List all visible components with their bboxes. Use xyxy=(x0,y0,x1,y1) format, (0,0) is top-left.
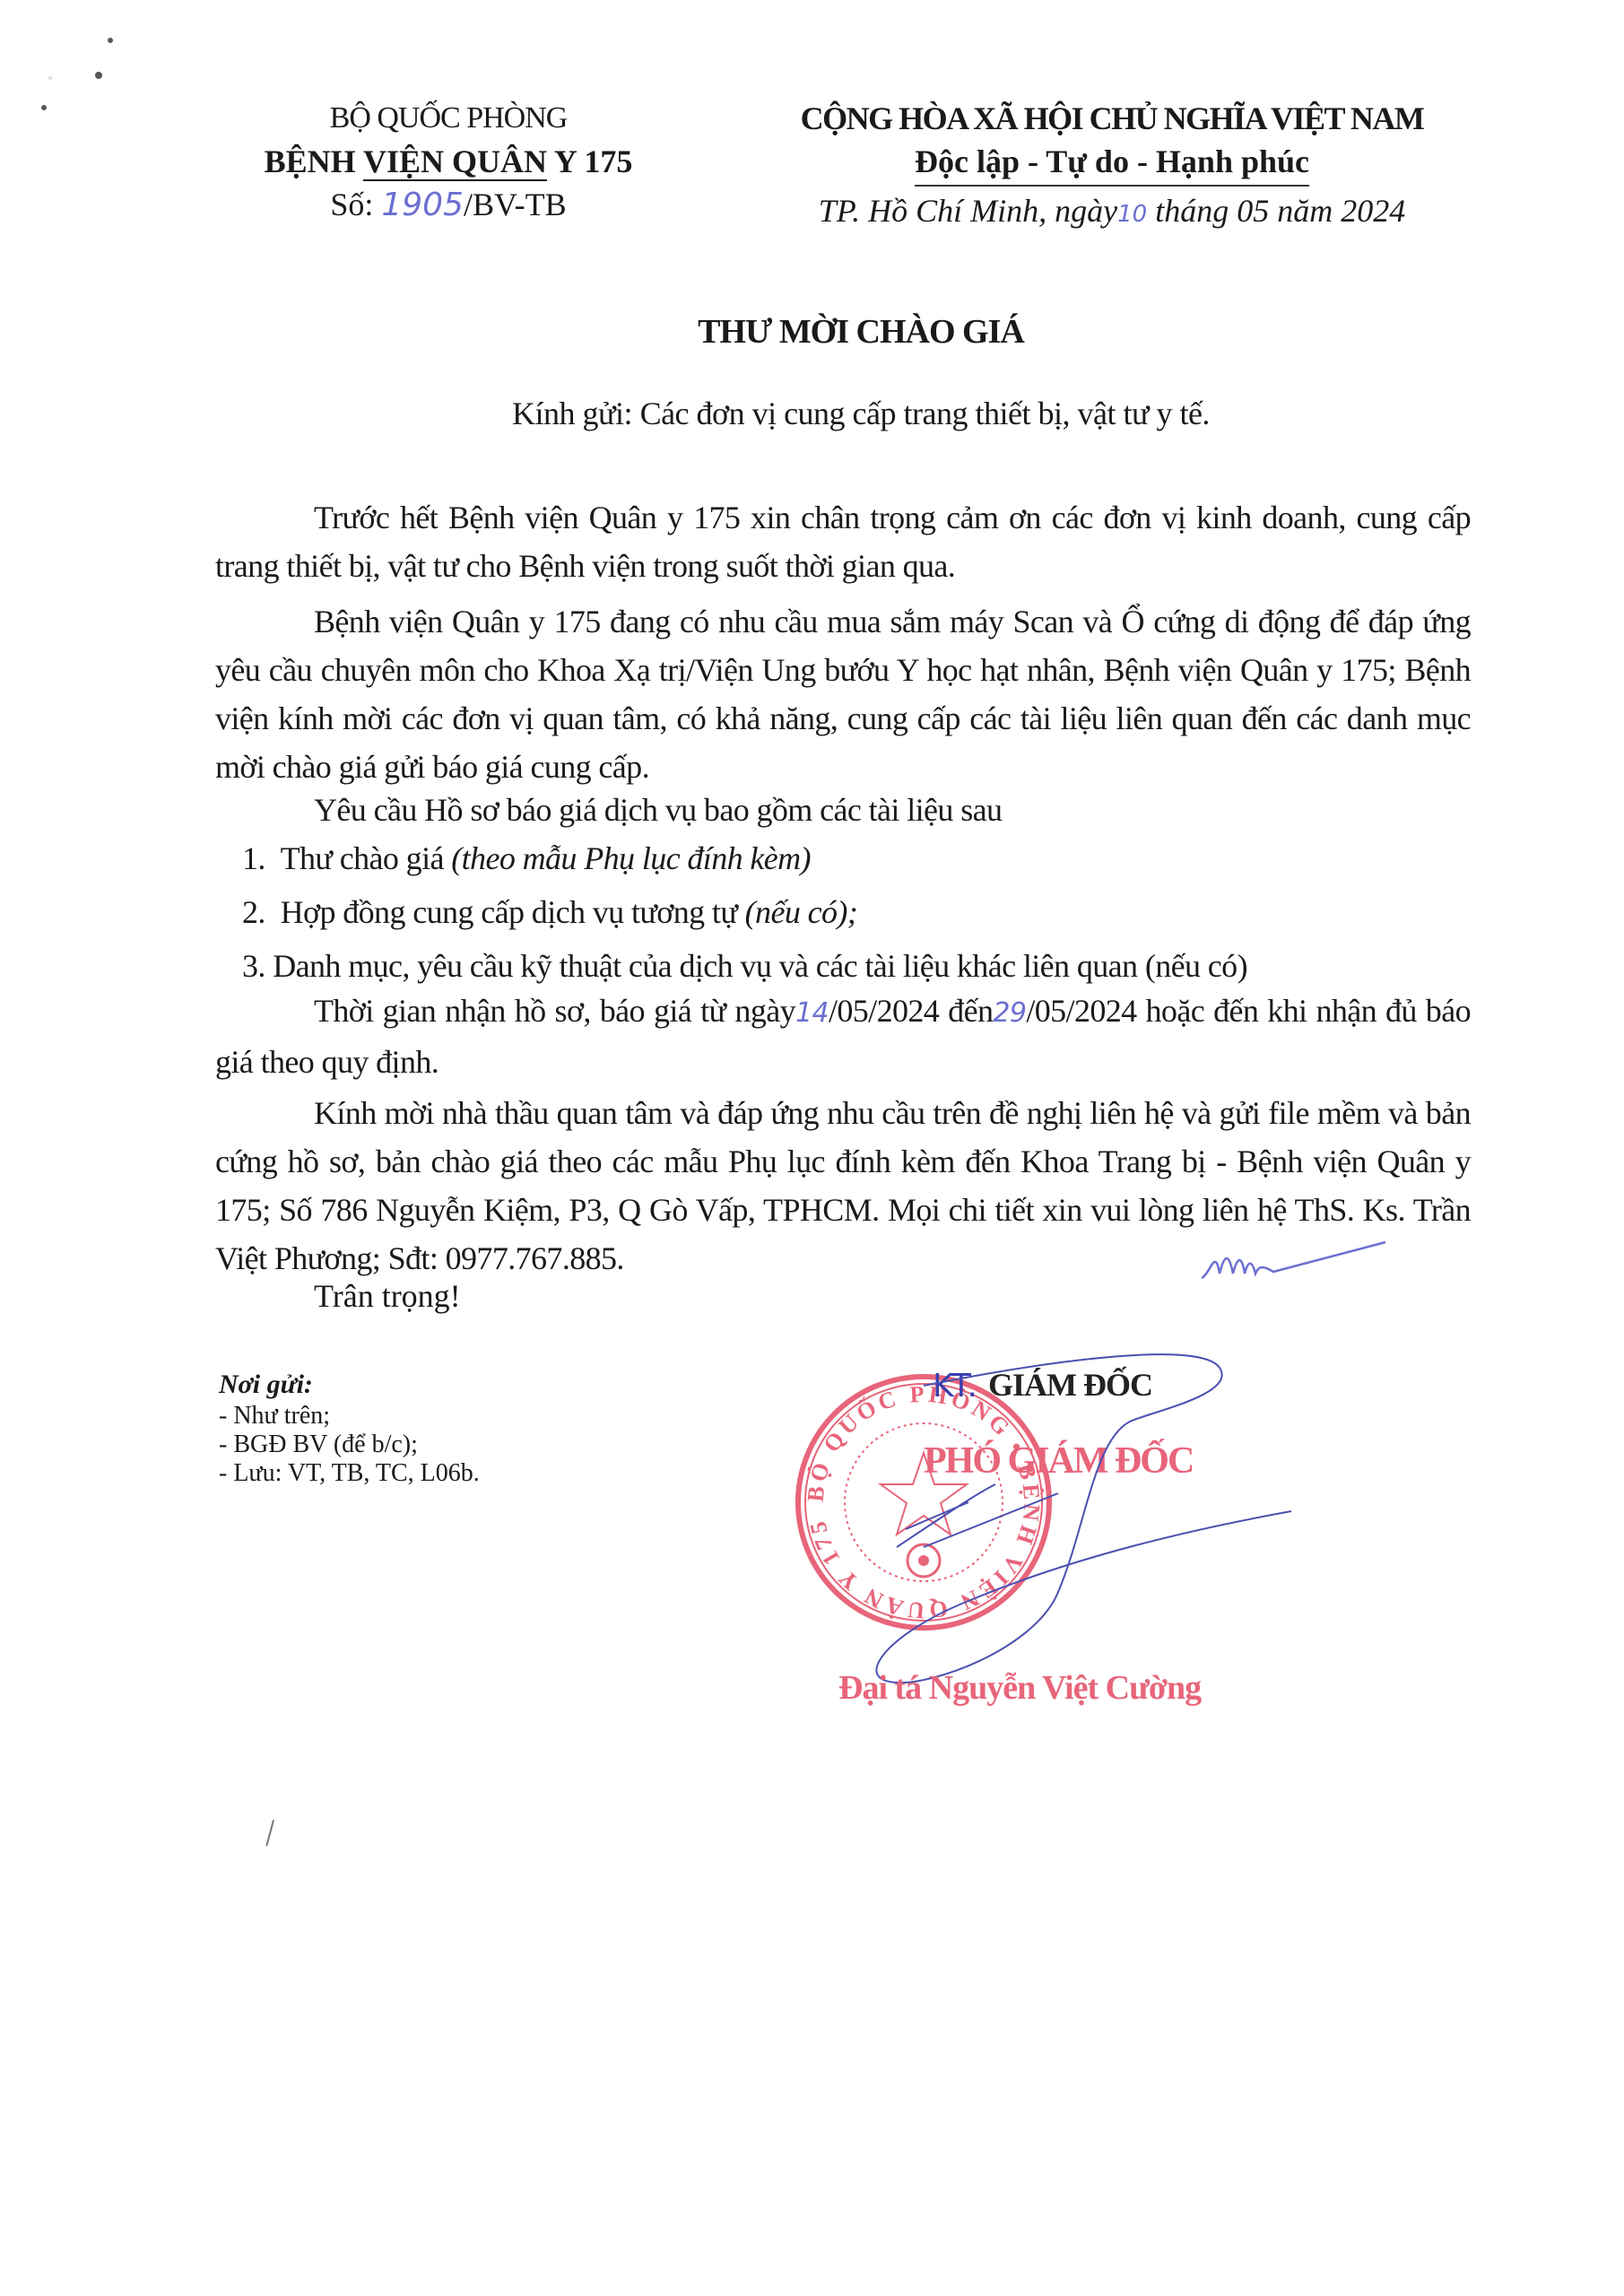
requirement-item: 1. Thư chào giá (theo mẫu Phụ lục đính k… xyxy=(242,834,1498,883)
ministry-name: BỘ QUỐC PHÒNG xyxy=(224,97,673,140)
requirement-item: 2. Hợp đồng cung cấp dịch vụ tương tự (n… xyxy=(242,888,1498,936)
recipient-line: Kính gửi: Các đơn vị cung cấp trang thiế… xyxy=(430,395,1291,432)
place-date: TP. Hồ Chí Minh, ngày10 tháng 05 năm 202… xyxy=(789,187,1435,239)
distribution-item: - Như trên; xyxy=(219,1402,480,1431)
paragraph-request: Bệnh viện Quân y 175 đang có nhu cầu mua… xyxy=(215,597,1471,791)
requirement-item: 3. Danh mục, yêu cầu kỹ thuật của dịch v… xyxy=(242,942,1498,990)
paragraph-thanks: Trước hết Bệnh viện Quân y 175 xin chân … xyxy=(215,493,1471,590)
hospital-name: BỆNH VIỆN QUÂN Y 175 xyxy=(224,140,673,183)
country-name: CỘNG HÒA XÃ HỘI CHỦ NGHĨA VIỆT NAM xyxy=(789,97,1435,140)
handwritten-start-day: 14 xyxy=(795,997,829,1029)
national-header: CỘNG HÒA XÃ HỘI CHỦ NGHĨA VIỆT NAM Độc l… xyxy=(789,97,1435,239)
handwritten-number: 1905 xyxy=(381,187,464,223)
document-title: THƯ MỜI CHÀO GIÁ xyxy=(430,312,1291,352)
handwritten-end-day: 29 xyxy=(993,997,1026,1029)
scan-speck-marks xyxy=(0,0,224,135)
issuer-header: BỘ QUỐC PHÒNG BỆNH VIỆN QUÂN Y 175 Số: 1… xyxy=(224,97,673,227)
handwritten-day: 10 xyxy=(1117,201,1147,228)
closing: Trân trọng! xyxy=(314,1277,461,1315)
scan-mark xyxy=(265,1820,282,1848)
handwritten-initial xyxy=(1193,1238,1390,1291)
national-motto: Độc lập - Tự do - Hạnh phúc xyxy=(915,140,1309,187)
signer-name: Đại tá Nguyễn Việt Cường xyxy=(838,1668,1201,1708)
requirements-list: 1. Thư chào giá (theo mẫu Phụ lục đính k… xyxy=(242,834,1498,990)
distribution-heading: Nơi gửi: xyxy=(219,1368,480,1402)
paragraph-requirements-intro: Yêu cầu Hồ sơ báo giá dịch vụ bao gồm cá… xyxy=(215,786,1471,834)
document-number: Số: 1905/BV-TB xyxy=(224,183,673,227)
distribution-item: - BGĐ BV (để b/c); xyxy=(219,1431,480,1459)
distribution-list: Nơi gửi: - Như trên; - BGĐ BV (để b/c); … xyxy=(219,1368,480,1488)
paragraph-deadline: Thời gian nhận hồ sơ, báo giá từ ngày14/… xyxy=(215,987,1471,1086)
distribution-item: - Lưu: VT, TB, TC, L06b. xyxy=(219,1459,480,1488)
